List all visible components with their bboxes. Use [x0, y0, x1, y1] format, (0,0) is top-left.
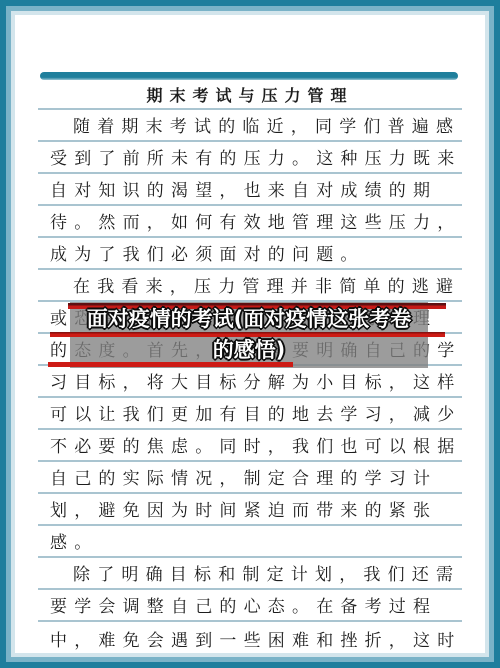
line-text: 划，避免因为时间紧迫而带来的紧张: [50, 496, 437, 521]
handwriting-line: 随着期末考试的临近，同学们普遍感: [38, 110, 462, 142]
line-text: 自己的实际情况，制定合理的学习计: [50, 464, 437, 489]
essay-heading: 期末考试与压力管理: [146, 83, 353, 106]
handwriting-line: 除了明确目标和制定计划，我们还需: [38, 558, 462, 590]
handwriting-line: 自对知识的渴望，也来自对成绩的期: [38, 174, 462, 206]
line-text: 除了明确目标和制定计划，我们还需: [73, 560, 460, 585]
handwriting-line: 习目标，将大目标分解为小目标，这样: [38, 366, 462, 398]
title-divider-bar: [40, 72, 458, 80]
line-text: 中，难免会遇到一些困难和挫折，这时: [50, 626, 461, 651]
essay-heading-row: 期末考试与压力管理: [38, 80, 462, 110]
line-text: 受到了前所未有的压力。这种压力既来: [50, 144, 461, 169]
handwriting-line: 要学会调整自己的心态。在备考过程: [38, 590, 462, 622]
handwriting-line: 自己的实际情况，制定合理的学习计: [38, 462, 462, 494]
handwriting-line: 划，避免因为时间紧迫而带来的紧张: [38, 494, 462, 526]
line-text: 感。: [50, 528, 98, 553]
caption-text: 面对疫情的考试(面对疫情这张考卷 的感悟): [70, 301, 428, 369]
handwriting-line: 感。: [38, 526, 462, 558]
line-text: 可以让我们更加有目的地去学习，减少: [50, 400, 461, 425]
handwriting-line: 在我看来，压力管理并非简单的逃避: [38, 270, 462, 302]
line-text: 习目标，将大目标分解为小目标，这样: [50, 368, 461, 393]
handwriting-line: 成为了我们必须面对的问题。: [38, 238, 462, 270]
line-text: 要学会调整自己的心态。在备考过程: [50, 592, 437, 617]
caption-line-2: 的感悟): [213, 335, 286, 366]
handwriting-line: 不必要的焦虑。同时，我们也可以根据: [38, 430, 462, 462]
line-text: 自对知识的渴望，也来自对成绩的期: [50, 176, 437, 201]
handwriting-line: 中，难免会遇到一些困难和挫折，这时: [38, 622, 462, 654]
line-text: 待。然而，如何有效地管理这些压力，: [50, 208, 461, 233]
handwriting-line: 可以让我们更加有目的地去学习，减少: [38, 398, 462, 430]
handwriting-line: 待。然而，如何有效地管理这些压力，: [38, 206, 462, 238]
handwriting-line: 受到了前所未有的压力。这种压力既来: [38, 142, 462, 174]
essay-body: 随着期末考试的临近，同学们普遍感 受到了前所未有的压力。这种压力既来 自对知识的…: [38, 110, 462, 654]
line-text: 成为了我们必须面对的问题。: [50, 240, 365, 265]
line-text: 随着期末考试的临近，同学们普遍感: [73, 112, 460, 137]
line-text: 在我看来，压力管理并非简单的逃避: [73, 272, 460, 297]
caption-line-1: 面对疫情的考试(面对疫情这张考卷: [87, 304, 412, 335]
essay-photo: 期末考试与压力管理 随着期末考试的临近，同学们普遍感 受到了前所未有的压力。这种…: [0, 0, 500, 668]
line-text: 不必要的焦虑。同时，我们也可以根据: [50, 432, 461, 457]
